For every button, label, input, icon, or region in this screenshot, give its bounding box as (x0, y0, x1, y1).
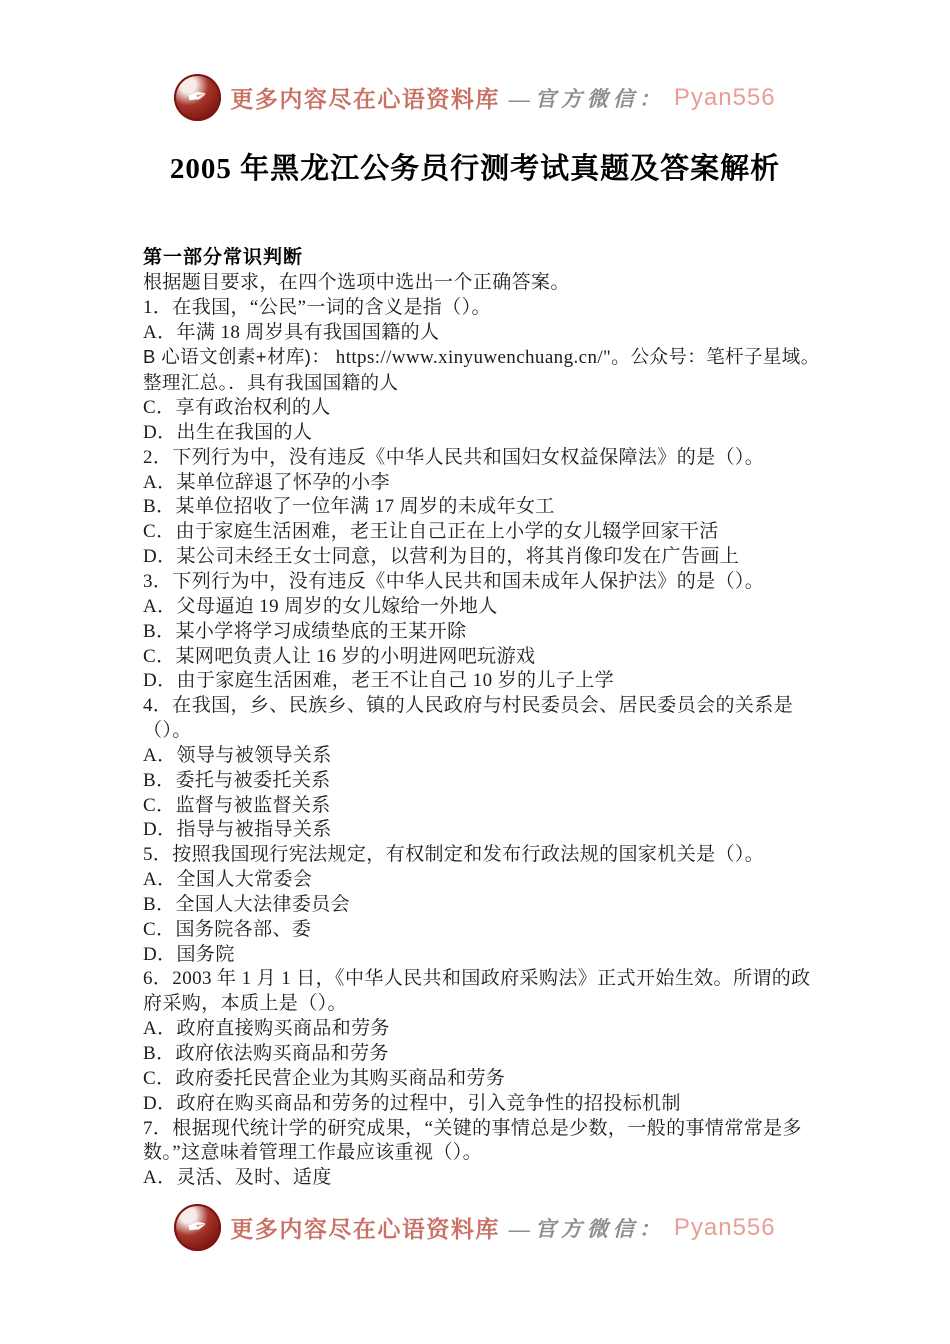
text-segment: B 心语文创素+材库)： (143, 346, 336, 367)
text-line: 数。”这意味着管理工作最应该重视（）。 (143, 1141, 821, 1166)
brand-text-wechat: —官方微信： (509, 83, 665, 113)
text-line: （）。 (143, 719, 821, 744)
text-line: 3．下列行为中，没有违反《中华人民共和国未成年人保护法》的是（）。 (143, 570, 821, 595)
text-segment: 公众号：笔杆子星域。 (631, 346, 820, 367)
text-segment: https://www.xinyuwenchuang.cn/"。 (336, 347, 631, 368)
text-line: A．父母逼迫 19 周岁的女儿嫁给一外地人 (143, 595, 821, 620)
text-line: 府采购，本质上是（）。 (143, 992, 821, 1017)
header-brand: ✒ 更多内容尽在心语资料库 —官方微信： Pyan556 (0, 74, 950, 121)
text-line: B．政府依法购买商品和劳务 (143, 1042, 821, 1067)
text-line: D．政府在购买商品和劳务的过程中，引入竞争性的招投标机制 (143, 1092, 821, 1117)
text-line: D．由于家庭生活困难，老王不让自己 10 岁的儿子上学 (143, 669, 821, 694)
text-line: 根据题目要求，在四个选项中选出一个正确答案。 (143, 271, 821, 296)
pen-nib-glyph: ✒ (185, 83, 211, 112)
text-line: 7．根据现代统计学的研究成果，“关键的事情总是少数，一般的事情常常是多 (143, 1117, 821, 1142)
text-line: D．某公司未经王女士同意，以营利为目的，将其肖像印发在广告画上 (143, 545, 821, 570)
text-line: B．全国人大法律委员会 (143, 893, 821, 918)
pen-nib-icon: ✒ (174, 74, 221, 121)
pen-nib-icon: ✒ (174, 1204, 221, 1251)
text-line: D．指导与被指导关系 (143, 818, 821, 843)
text-line: A．领导与被领导关系 (143, 744, 821, 769)
text-line: 4．在我国，乡、民族乡、镇的人民政府与村民委员会、居民委员会的关系是 (143, 694, 821, 719)
section-heading: 第一部分常识判断 (143, 246, 821, 271)
text-line: B．某单位招收了一位年满 17 周岁的未成年女工 (143, 495, 821, 520)
brand-text-main: 更多内容尽在心语资料库 (230, 81, 500, 114)
text-line: C．由于家庭生活困难，老王让自己正在上小学的女儿辍学回家干活 (143, 520, 821, 545)
document-lines: 第一部分常识判断根据题目要求，在四个选项中选出一个正确答案。1．在我国，“公民”… (143, 246, 821, 1191)
pen-nib-glyph: ✒ (185, 1213, 211, 1242)
text-line: C．监督与被监督关系 (143, 794, 821, 819)
text-line: A．全国人大常委会 (143, 868, 821, 893)
text-line: C．国务院各部、委 (143, 918, 821, 943)
document-title: 2005 年黑龙江公务员行测考试真题及答案解析 (0, 146, 950, 187)
text-line: B．委托与被委托关系 (143, 769, 821, 794)
text-line: B 心语文创素+材库)： https://www.xinyuwenchuang.… (143, 345, 821, 371)
brand-wechat-id: Pyan556 (674, 84, 776, 112)
text-line: A．某单位辞退了怀孕的小李 (143, 471, 821, 496)
text-line: 6．2003 年 1 月 1 日，《中华人民共和国政府采购法》正式开始生效。所谓… (143, 967, 821, 992)
text-line: C．享有政治权利的人 (143, 396, 821, 421)
text-line: B．某小学将学习成绩垫底的王某开除 (143, 620, 821, 645)
text-line: 整理汇总。．具有我国国籍的人 (143, 371, 821, 396)
text-line: C．某网吧负责人让 16 岁的小明进网吧玩游戏 (143, 645, 821, 670)
text-line: D．出生在我国的人 (143, 421, 821, 446)
brand-text-main: 更多内容尽在心语资料库 (230, 1211, 500, 1244)
text-line: 2．下列行为中，没有违反《中华人民共和国妇女权益保障法》的是（）。 (143, 446, 821, 471)
brand-wechat-id: Pyan556 (674, 1214, 776, 1242)
document-page: ✒ 更多内容尽在心语资料库 —官方微信： Pyan556 2005 年黑龙江公务… (0, 0, 950, 1344)
footer-brand: ✒ 更多内容尽在心语资料库 —官方微信： Pyan556 (0, 1204, 950, 1251)
text-line: C．政府委托民营企业为其购买商品和劳务 (143, 1067, 821, 1092)
text-line: A．政府直接购买商品和劳务 (143, 1017, 821, 1042)
text-line: 5．按照我国现行宪法规定，有权制定和发布行政法规的国家机关是（）。 (143, 843, 821, 868)
text-line: 1．在我国，“公民”一词的含义是指（）。 (143, 296, 821, 321)
text-line: A．灵活、及时、适度 (143, 1166, 821, 1191)
text-line: A．年满 18 周岁具有我国国籍的人 (143, 321, 821, 346)
text-line: D．国务院 (143, 943, 821, 968)
brand-text-wechat: —官方微信： (509, 1213, 665, 1243)
